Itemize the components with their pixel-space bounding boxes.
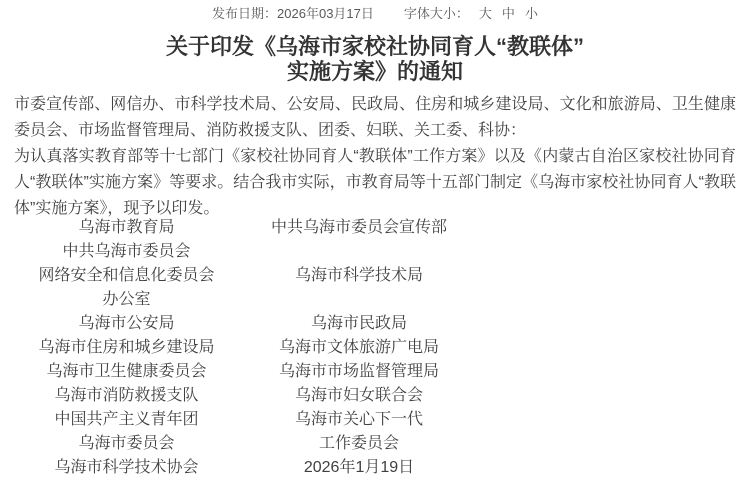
- signature-row: 乌海市教育局 中共乌海市委员会宣传部: [14, 216, 736, 240]
- font-size-large[interactable]: 大: [479, 6, 492, 21]
- page-title-line-2: 实施方案》的通知: [0, 59, 750, 84]
- signature-right: 乌海市市场监督管理局: [239, 360, 479, 384]
- signature-row: 中共乌海市委员会 网络安全和信息化委员会 办公室 乌海市科学技术局: [14, 240, 736, 312]
- signature-block: 乌海市教育局 中共乌海市委员会宣传部 中共乌海市委员会 网络安全和信息化委员会 …: [14, 216, 736, 480]
- signature-line: 乌海市消防救援支队: [14, 384, 239, 408]
- notice-body: 市委宣传部、网信办、市科学技术局、公安局、民政局、住房和城乡建设局、文化和旅游局…: [0, 92, 750, 480]
- signature-left: 中国共产主义青年团 乌海市委员会: [14, 408, 239, 456]
- page-title: 关于印发《乌海市家校社协同育人“教联体” 实施方案》的通知: [0, 34, 750, 84]
- signature-right: 中共乌海市委员会宣传部: [239, 216, 479, 240]
- signature-line: 乌海市科学技术局: [239, 264, 479, 288]
- signature-right: 乌海市关心下一代 工作委员会: [239, 408, 479, 456]
- signature-line: 乌海市科学技术协会: [14, 456, 239, 480]
- main-paragraph: 为认真落实教育部等十七部门《家校社协同育人“教联体”工作方案》以及《内蒙古自治区…: [14, 144, 736, 222]
- signature-line: 乌海市卫生健康委员会: [14, 360, 239, 384]
- signature-left: 乌海市住房和城乡建设局: [14, 336, 239, 360]
- signature-row: 中国共产主义青年团 乌海市委员会 乌海市关心下一代 工作委员会: [14, 408, 736, 456]
- signature-line: 乌海市市场监督管理局: [239, 360, 479, 384]
- publish-date: 发布日期：2026年03月17日: [212, 6, 374, 22]
- publish-date-label: 发布日期：: [212, 6, 277, 21]
- addressee-paragraph: 市委宣传部、网信办、市科学技术局、公安局、民政局、住房和城乡建设局、文化和旅游局…: [14, 92, 736, 144]
- signature-left: 乌海市公安局: [14, 312, 239, 336]
- signature-right: 2026年1月19日: [239, 456, 479, 480]
- signature-line: 办公室: [14, 288, 239, 312]
- publish-date-value: 2026年03月17日: [277, 6, 374, 21]
- font-size-medium[interactable]: 中: [502, 6, 515, 21]
- signature-line: 乌海市公安局: [14, 312, 239, 336]
- signature-line: 乌海市文体旅游广电局: [239, 336, 479, 360]
- page-title-line-1: 关于印发《乌海市家校社协同育人“教联体”: [0, 34, 750, 59]
- font-size-control: 字体大小：大中小: [404, 6, 538, 22]
- signature-left: 乌海市卫生健康委员会: [14, 360, 239, 384]
- signature-line: 中共乌海市委员会: [14, 240, 239, 264]
- issue-date: 2026年1月19日: [239, 456, 479, 480]
- signature-line: 中国共产主义青年团: [14, 408, 239, 432]
- notice-page: 发布日期：2026年03月17日 字体大小：大中小 关于印发《乌海市家校社协同育…: [0, 0, 750, 483]
- signature-right: 乌海市民政局: [239, 312, 479, 336]
- signature-right: 乌海市科学技术局: [239, 264, 479, 288]
- signature-left: 乌海市科学技术协会: [14, 456, 239, 480]
- signature-row: 乌海市消防救援支队 乌海市妇女联合会: [14, 384, 736, 408]
- signature-row: 乌海市科学技术协会 2026年1月19日: [14, 456, 736, 480]
- signature-line: 乌海市关心下一代: [239, 408, 479, 432]
- signature-line: 乌海市民政局: [239, 312, 479, 336]
- signature-right: 乌海市文体旅游广电局: [239, 336, 479, 360]
- font-size-label: 字体大小：: [404, 6, 469, 21]
- signature-line: 乌海市妇女联合会: [239, 384, 479, 408]
- signature-line: 工作委员会: [239, 432, 479, 456]
- signature-line: 网络安全和信息化委员会: [14, 264, 239, 288]
- signature-line: 乌海市住房和城乡建设局: [14, 336, 239, 360]
- signature-right: 乌海市妇女联合会: [239, 384, 479, 408]
- signature-line: 中共乌海市委员会宣传部: [239, 216, 479, 240]
- signature-left: 乌海市消防救援支队: [14, 384, 239, 408]
- page-header-bar: 发布日期：2026年03月17日 字体大小：大中小: [0, 0, 750, 22]
- signature-row: 乌海市住房和城乡建设局 乌海市文体旅游广电局: [14, 336, 736, 360]
- signature-left: 乌海市教育局: [14, 216, 239, 240]
- signature-left: 中共乌海市委员会 网络安全和信息化委员会 办公室: [14, 240, 239, 312]
- signature-row: 乌海市卫生健康委员会 乌海市市场监督管理局: [14, 360, 736, 384]
- signature-line: 乌海市委员会: [14, 432, 239, 456]
- font-size-small[interactable]: 小: [525, 6, 538, 21]
- signature-row: 乌海市公安局 乌海市民政局: [14, 312, 736, 336]
- signature-line: 乌海市教育局: [14, 216, 239, 240]
